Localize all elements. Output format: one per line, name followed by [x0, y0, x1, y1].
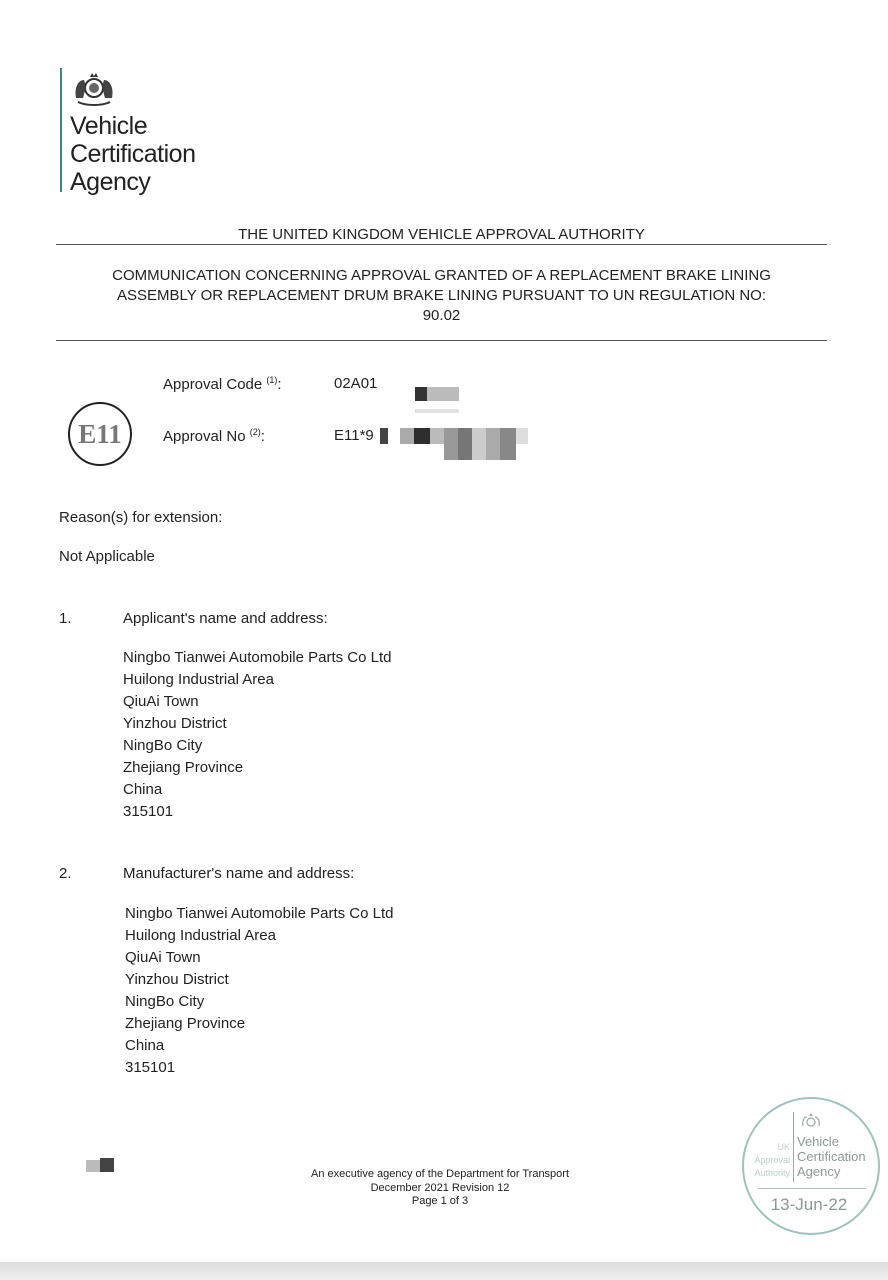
redaction-block [430, 428, 444, 444]
redaction-block [100, 1158, 114, 1172]
logo-line: Agency [70, 168, 196, 196]
colon: : [261, 428, 265, 445]
address-line: Ningbo Tianwei Automobile Parts Co Ltd [123, 647, 391, 669]
address-line: Yinzhou District [125, 969, 393, 991]
redaction-block [86, 1160, 100, 1172]
address-line: Zhejiang Province [125, 1013, 393, 1035]
address-line: QiuAi Town [123, 691, 391, 713]
address-line: Yinzhou District [123, 713, 391, 735]
label-text: Approval Code [163, 376, 262, 393]
approval-no-value: E11*9 [334, 427, 374, 444]
address-line: Ningbo Tianwei Automobile Parts Co Ltd [125, 903, 393, 925]
address-line: 315101 [125, 1057, 393, 1079]
title-line: ASSEMBLY OR REPLACEMENT DRUM BRAKE LININ… [56, 286, 827, 306]
approval-code-value: 02A01 [334, 375, 377, 392]
applicant-heading: Applicant's name and address: [123, 608, 328, 630]
stamp-agency-text: Vehicle Certification Agency [797, 1134, 866, 1179]
redaction-block [458, 428, 472, 460]
redaction-block [486, 428, 500, 460]
redaction-block [516, 428, 528, 444]
address-line: NingBo City [125, 991, 393, 1013]
address-line: Zhejiang Province [123, 757, 391, 779]
divider [56, 244, 827, 245]
document-title: COMMUNICATION CONCERNING APPROVAL GRANTE… [56, 266, 827, 326]
redaction-block [500, 428, 516, 460]
footnote-ref: (1) [266, 375, 277, 385]
colon: : [277, 376, 281, 393]
stamp-line: Agency [797, 1164, 866, 1179]
footer-revision: December 2021 Revision 12 [240, 1182, 640, 1196]
title-line: 90.02 [56, 306, 827, 326]
title-line: COMMUNICATION CONCERNING APPROVAL GRANTE… [56, 266, 827, 286]
e11-approval-mark: E11 [68, 402, 132, 466]
stamp-date: 13-Jun-22 [742, 1195, 876, 1215]
approval-code-label: Approval Code (1): [163, 375, 282, 393]
redaction-block [414, 428, 430, 444]
stamp-line: Certification [797, 1149, 866, 1164]
redaction-block [444, 428, 458, 460]
address-line: Huilong Industrial Area [125, 925, 393, 947]
stamp-divider [793, 1112, 794, 1182]
applicant-address: Ningbo Tianwei Automobile Parts Co Ltd H… [123, 647, 391, 823]
stamp-authority-text: UK Approval Authority [748, 1141, 790, 1180]
royal-crest-icon [800, 1112, 822, 1130]
redaction-block [472, 428, 486, 460]
extension-label: Reason(s) for extension: [59, 507, 222, 529]
address-line: NingBo City [123, 735, 391, 757]
footer-line: An executive agency of the Department fo… [240, 1168, 640, 1182]
address-line: China [123, 779, 391, 801]
page-number: Page 1 of 3 [240, 1195, 640, 1209]
redaction-block [415, 387, 427, 401]
stamp-rule [758, 1188, 866, 1189]
section-number: 2. [59, 863, 72, 885]
address-line: China [125, 1035, 393, 1057]
logo-line: Certification [70, 140, 196, 168]
address-line: QiuAi Town [125, 947, 393, 969]
logo-line: Vehicle [70, 112, 196, 140]
stamp-line: Approval [748, 1154, 790, 1167]
stamp-line: Authority [748, 1167, 790, 1180]
address-line: 315101 [123, 801, 391, 823]
manufacturer-heading: Manufacturer's name and address: [123, 863, 354, 885]
stamp-line: Vehicle [797, 1134, 866, 1149]
manufacturer-address: Ningbo Tianwei Automobile Parts Co Ltd H… [125, 903, 393, 1079]
redaction-block [427, 387, 459, 401]
divider [56, 340, 827, 341]
stamp-line: UK [748, 1141, 790, 1154]
extension-value: Not Applicable [59, 546, 155, 568]
approval-no-label: Approval No (2): [163, 427, 265, 445]
royal-crest-icon [70, 68, 118, 108]
redaction-block [415, 409, 459, 413]
page-bottom-edge [0, 1262, 888, 1280]
page-footer: An executive agency of the Department fo… [240, 1168, 640, 1209]
logo-accent-bar [60, 68, 62, 192]
address-line: Huilong Industrial Area [123, 669, 391, 691]
label-text: Approval No [163, 428, 246, 445]
redaction-block [400, 428, 414, 444]
footnote-ref: (2) [250, 427, 261, 437]
section-number: 1. [59, 608, 72, 630]
redaction-block [380, 428, 388, 444]
agency-logo-text: Vehicle Certification Agency [70, 112, 196, 196]
authority-heading: THE UNITED KINGDOM VEHICLE APPROVAL AUTH… [56, 226, 827, 243]
